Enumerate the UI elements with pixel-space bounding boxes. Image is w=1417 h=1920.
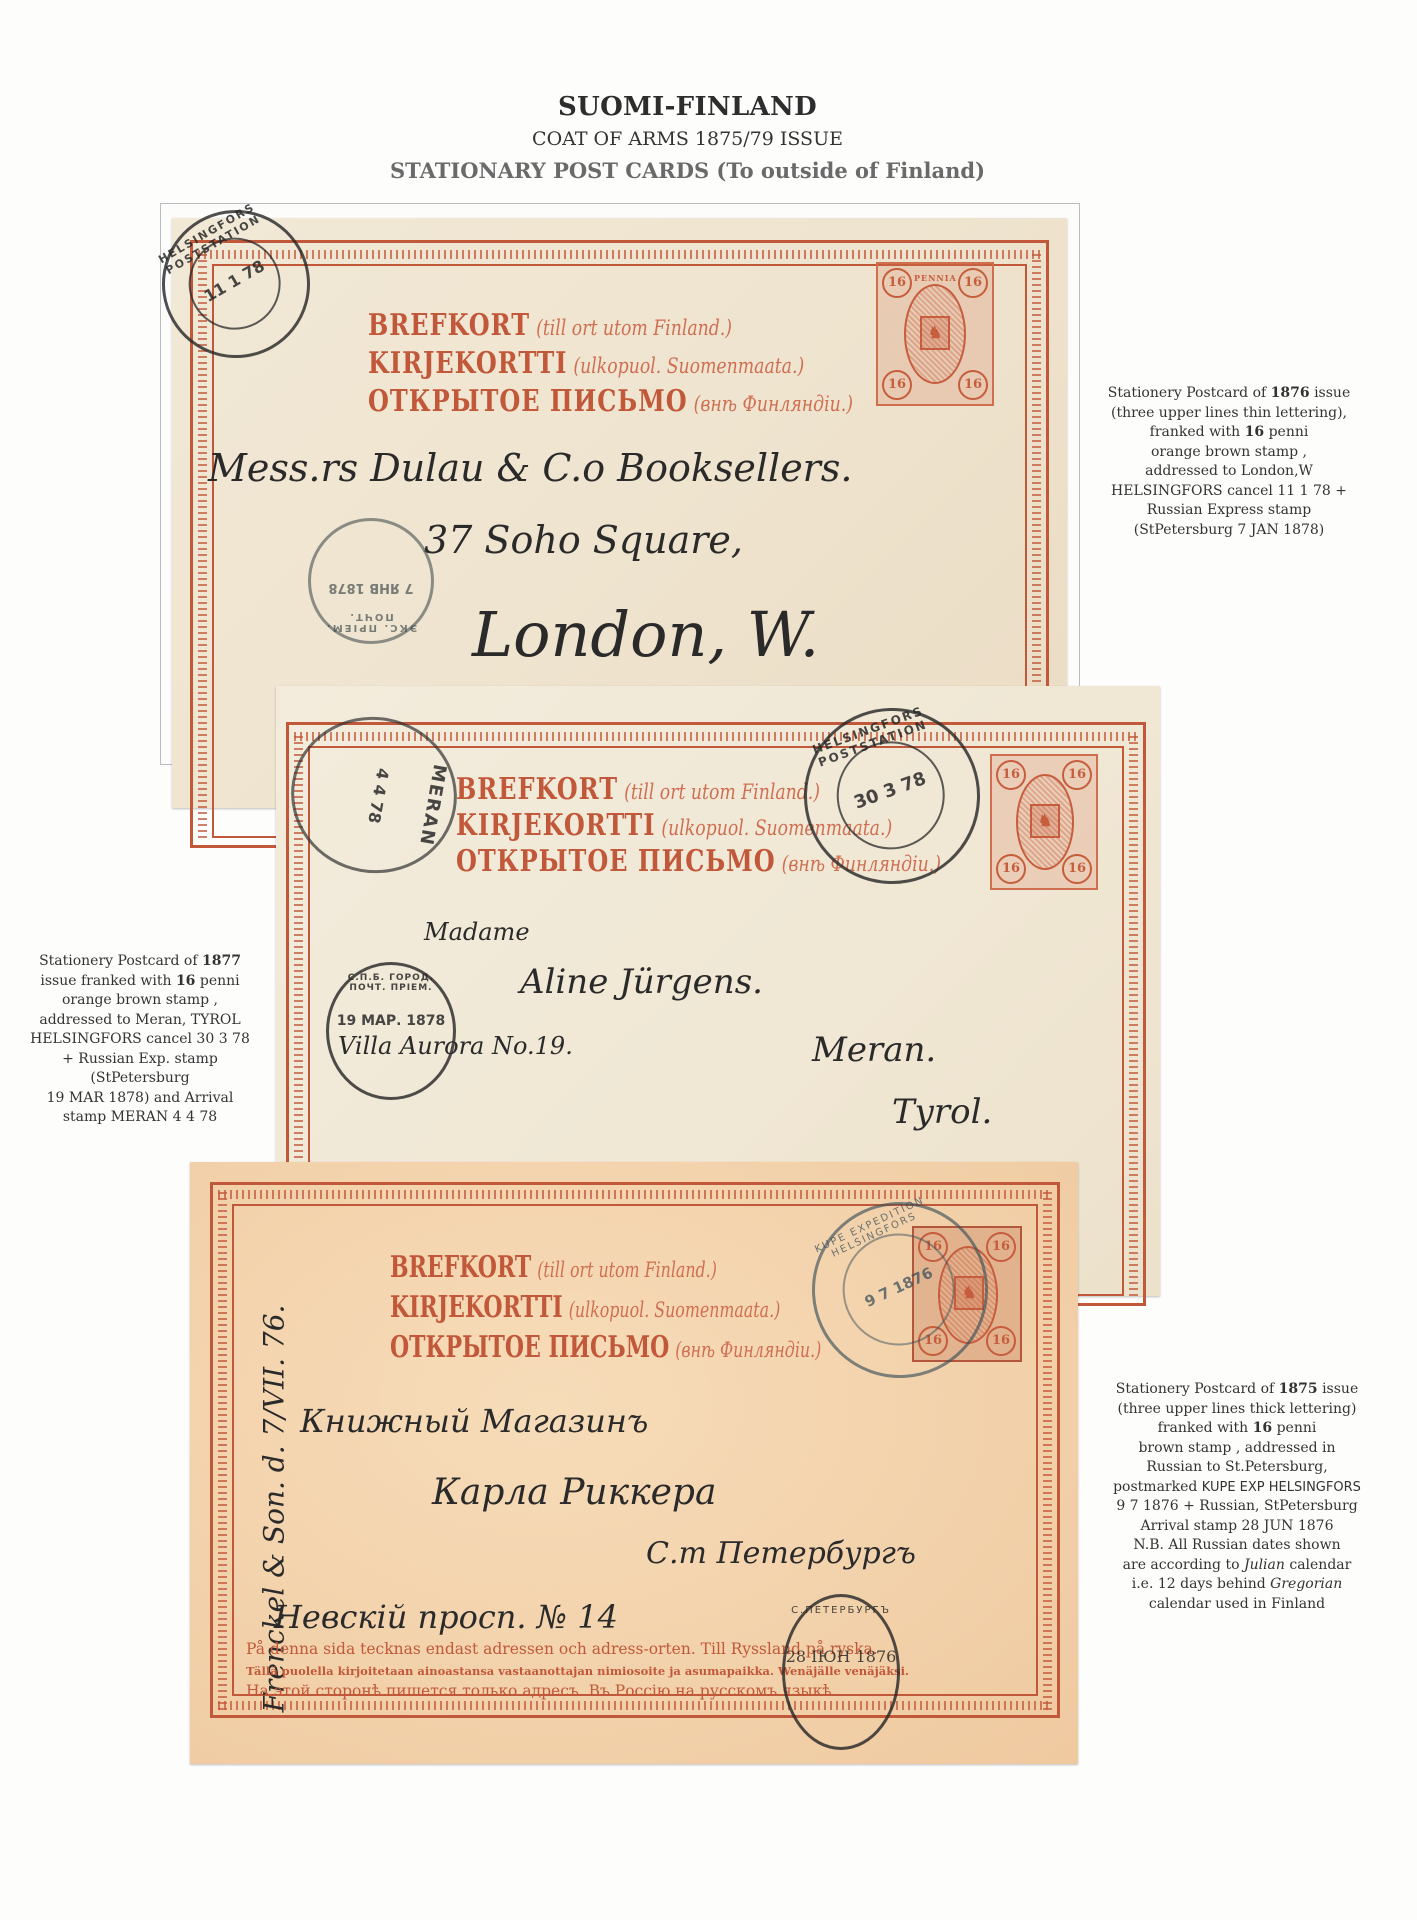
- page-subtitle: COAT OF ARMS 1875/79 ISSUE: [0, 128, 1375, 150]
- printed-heading-russian: ОТКРЫТОЕ ПИСЬМО(внѣ Финляндіи.): [390, 1330, 821, 1365]
- address-line-5: Tyrol.: [892, 1092, 992, 1132]
- printed-heading-brefkort: BREFKORT(till ort utom Finland.): [456, 770, 820, 806]
- printed-heading-brefkort: BREFKORT(till ort utom Finland.): [390, 1250, 717, 1285]
- caption-card-1875: Stationery Postcard of 1875 issue (three…: [1082, 1380, 1392, 1614]
- footnote-russian: На этой сторонѣ пишется только адресъ. В…: [246, 1682, 837, 1700]
- postmark-st-petersburg: С.П.Б. ГОРОД. ПОЧТ. ПРІЕМ. 19 МАР. 1878: [326, 962, 456, 1100]
- stamp-value-tl: 16: [882, 268, 912, 298]
- printed-heading-russian: ОТКРЫТОЕ ПИСЬМО(внѣ Финляндіи.): [368, 382, 853, 418]
- printed-heading-kirjekortti: KIRJEKORTTI(ulkopuol. Suomenmaata.): [390, 1290, 780, 1325]
- address-line-3: Villa Aurora No.19.: [338, 1032, 573, 1060]
- address-line-4: Невскій просп. № 14: [274, 1598, 618, 1636]
- lion-coat-of-arms-icon: ♞: [920, 316, 950, 350]
- postmark-russian-express: ЭКС. ПРІЕМ. ПОЧТ. 7 ЯНВ 1878: [308, 518, 434, 644]
- page-header: SUOMI-FINLAND COAT OF ARMS 1875/79 ISSUE…: [0, 92, 1375, 183]
- postmark-st-petersburg-arrival: С.ПЕТЕРБУРГЪ 28 ІЮН 1876: [782, 1594, 900, 1750]
- stamp-value-br: 16: [958, 370, 988, 400]
- address-line-2: Карла Риккера: [432, 1472, 716, 1513]
- postcard-1875: BREFKORT(till ort utom Finland.) KIRJEKO…: [190, 1162, 1078, 1764]
- address-line-2: 37 Soho Square,: [424, 518, 743, 562]
- address-line-4: Meran.: [812, 1030, 936, 1070]
- address-line-1: Madame: [424, 918, 530, 946]
- stamp-16-penni: 16 16 16 16 ♞: [990, 754, 1098, 890]
- address-line-1: Mess.rs Dulau & C.o Booksellers.: [208, 446, 852, 490]
- section-title: STATIONARY POST CARDS (To outside of Fin…: [0, 158, 1375, 183]
- printed-heading-kirjekortti: KIRJEKORTTI(ulkopuol. Suomenmaata.): [368, 344, 804, 380]
- card-border-pattern-top: [198, 250, 1041, 259]
- printed-heading-brefkort: BREFKORT(till ort utom Finland.): [368, 306, 732, 342]
- address-line-3: London, W.: [472, 598, 819, 671]
- page-title: SUOMI-FINLAND: [0, 92, 1375, 122]
- caption-card-1876: Stationery Postcard of 1876 issue (three…: [1068, 384, 1390, 540]
- address-line-3: С.т Петербургъ: [646, 1536, 916, 1571]
- stamp-16-penni: 16 16 16 16 ♞ PENNIA: [876, 262, 994, 406]
- address-line-1: Книжный Магазинъ: [300, 1402, 648, 1440]
- address-line-2: Aline Jürgens.: [520, 962, 763, 1002]
- stamp-value-tr: 16: [958, 268, 988, 298]
- caption-card-1877: Stationery Postcard of 1877 issue franke…: [12, 952, 268, 1128]
- lion-coat-of-arms-icon: ♞: [1030, 804, 1060, 838]
- stamp-value-bl: 16: [882, 370, 912, 400]
